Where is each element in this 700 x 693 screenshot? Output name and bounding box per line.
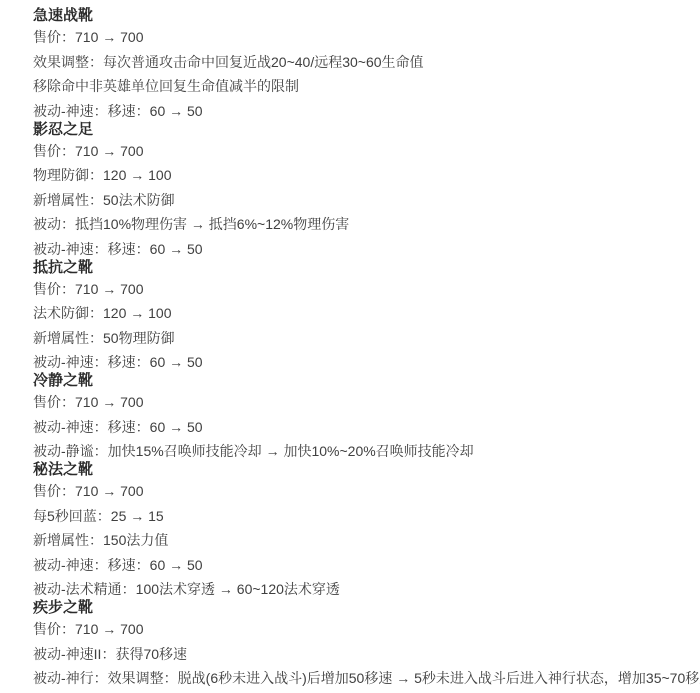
change-line: 每5秒回蓝：25 → 15: [33, 508, 700, 524]
item-section-jibuzhixue: 疾步之靴 售价：710 → 700 被动-神速II：获得70移速 被动-神行：效…: [33, 599, 700, 686]
patch-notes-document: 急速战靴 售价：710 → 700 效果调整：每次普通攻击命中回复近战20~40…: [0, 7, 700, 693]
change-line: 被动-法术精通：100法术穿透 → 60~120法术穿透: [33, 581, 700, 597]
item-section-dikangzhixue: 抵抗之靴 售价：710 → 700 法术防御：120 → 100 新增属性：50…: [33, 259, 700, 371]
change-line: 被动-神速：移速：60 → 50: [33, 103, 700, 119]
item-title: 影忍之足: [33, 121, 700, 138]
change-line: 被动-神速II：获得70移速: [33, 646, 700, 662]
change-line: 被动-神速：移速：60 → 50: [33, 241, 700, 257]
change-line: 售价：710 → 700: [33, 621, 700, 637]
change-line: 售价：710 → 700: [33, 394, 700, 410]
change-line: 被动-神行：效果调整：脱战(6秒未进入战斗)后增加50移速 → 5秒未进入战斗后…: [33, 670, 700, 686]
change-line: 新增属性：50物理防御: [33, 330, 700, 346]
item-section-yingrenzhizu: 影忍之足 售价：710 → 700 物理防御：120 → 100 新增属性：50…: [33, 121, 700, 257]
change-line: 效果调整：每次普通攻击命中回复近战20~40/远程30~60生命值: [33, 54, 700, 70]
change-line: 法术防御：120 → 100: [33, 305, 700, 321]
change-line: 售价：710 → 700: [33, 483, 700, 499]
item-title: 抵抗之靴: [33, 259, 700, 276]
change-line: 新增属性：50法术防御: [33, 192, 700, 208]
item-section-mifazhixue: 秘法之靴 售价：710 → 700 每5秒回蓝：25 → 15 新增属性：150…: [33, 461, 700, 597]
change-line: 被动：抵挡10%物理伤害 → 抵挡6%~12%物理伤害: [33, 216, 700, 232]
change-line: 售价：710 → 700: [33, 29, 700, 45]
item-section-jisuzhanxue: 急速战靴 售价：710 → 700 效果调整：每次普通攻击命中回复近战20~40…: [33, 7, 700, 119]
item-title: 秘法之靴: [33, 461, 700, 478]
item-section-lengjingzhixue: 冷静之靴 售价：710 → 700 被动-神速：移速：60 → 50 被动-静谧…: [33, 372, 700, 459]
change-line: 移除命中非英雄单位回复生命值减半的限制: [33, 78, 700, 94]
change-line: 物理防御：120 → 100: [33, 167, 700, 183]
change-line: 被动-神速：移速：60 → 50: [33, 557, 700, 573]
change-line: 被动-神速：移速：60 → 50: [33, 419, 700, 435]
item-title: 急速战靴: [33, 7, 700, 24]
change-line: 被动-神速：移速：60 → 50: [33, 354, 700, 370]
change-line: 新增属性：150法力值: [33, 532, 700, 548]
change-line: 售价：710 → 700: [33, 143, 700, 159]
change-line: 售价：710 → 700: [33, 281, 700, 297]
item-title: 冷静之靴: [33, 372, 700, 389]
item-title: 疾步之靴: [33, 599, 700, 616]
change-line: 被动-静谧：加快15%召唤师技能冷却 → 加快10%~20%召唤师技能冷却: [33, 443, 700, 459]
